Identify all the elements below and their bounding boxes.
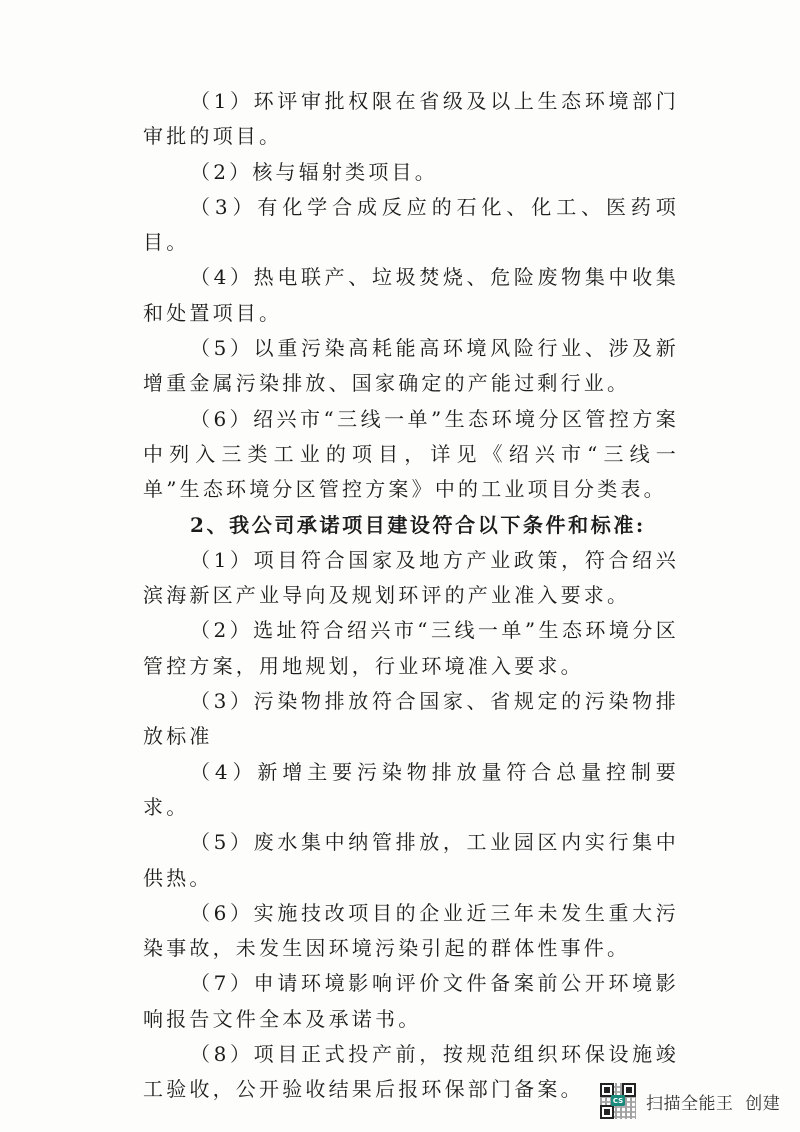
commitment-item-3: （3）污染物排放符合国家、省规定的污染物排放标准 — [143, 684, 679, 755]
paragraph-item-3: （3）有化学合成反应的石化、化工、医药项目。 — [143, 190, 679, 261]
paragraph-item-1: （1）环评审批权限在省级及以上生态环境部门审批的项目。 — [143, 84, 679, 155]
commitment-item-6: （6）实施技改项目的企业近三年未发生重大污染事故，未发生因环境污染引起的群体性事… — [143, 896, 679, 967]
commitment-item-4: （4）新增主要污染物排放量符合总量控制要求。 — [143, 755, 679, 826]
commitment-item-8: （8）项目正式投产前，按规范组织环保设施竣工验收，公开验收结果后报环保部门备案。 — [143, 1037, 679, 1108]
paragraph-item-6: （6）绍兴市“三线一单”生态环境分区管控方案中列入三类工业的项目，详见《绍兴市“… — [143, 402, 679, 508]
watermark-text: 扫描全能王 创建 — [646, 1089, 780, 1114]
commitment-item-1: （1）项目符合国家及地方产业政策，符合绍兴滨海新区产业导向及规划环评的产业准入要… — [143, 543, 679, 614]
scanner-watermark: CS 扫描全能王 创建 — [600, 1083, 780, 1119]
commitment-item-7: （7）申请环境影响评价文件备案前公开环境影响报告文件全本及承诺书。 — [143, 966, 679, 1037]
commitment-item-5: （5）废水集中纳管排放，工业园区内实行集中供热。 — [143, 825, 679, 896]
document-body: （1）环评审批权限在省级及以上生态环境部门审批的项目。 （2）核与辐射类项目。 … — [143, 84, 679, 1108]
paragraph-item-5: （5）以重污染高耗能高环境风险行业、涉及新增重金属污染排放、国家确定的产能过剩行… — [143, 331, 679, 402]
qr-code-icon: CS — [600, 1083, 636, 1119]
camscanner-logo-icon: CS — [611, 1095, 625, 1106]
section-heading-2: 2、我公司承诺项目建设符合以下条件和标准: — [143, 508, 679, 543]
paragraph-item-4: （4）热电联产、垃圾焚烧、危险废物集中收集和处置项目。 — [143, 260, 679, 331]
paragraph-item-2: （2）核与辐射类项目。 — [143, 155, 679, 190]
commitment-item-2: （2）选址符合绍兴市“三线一单”生态环境分区管控方案，用地规划，行业环境准入要求… — [143, 613, 679, 684]
